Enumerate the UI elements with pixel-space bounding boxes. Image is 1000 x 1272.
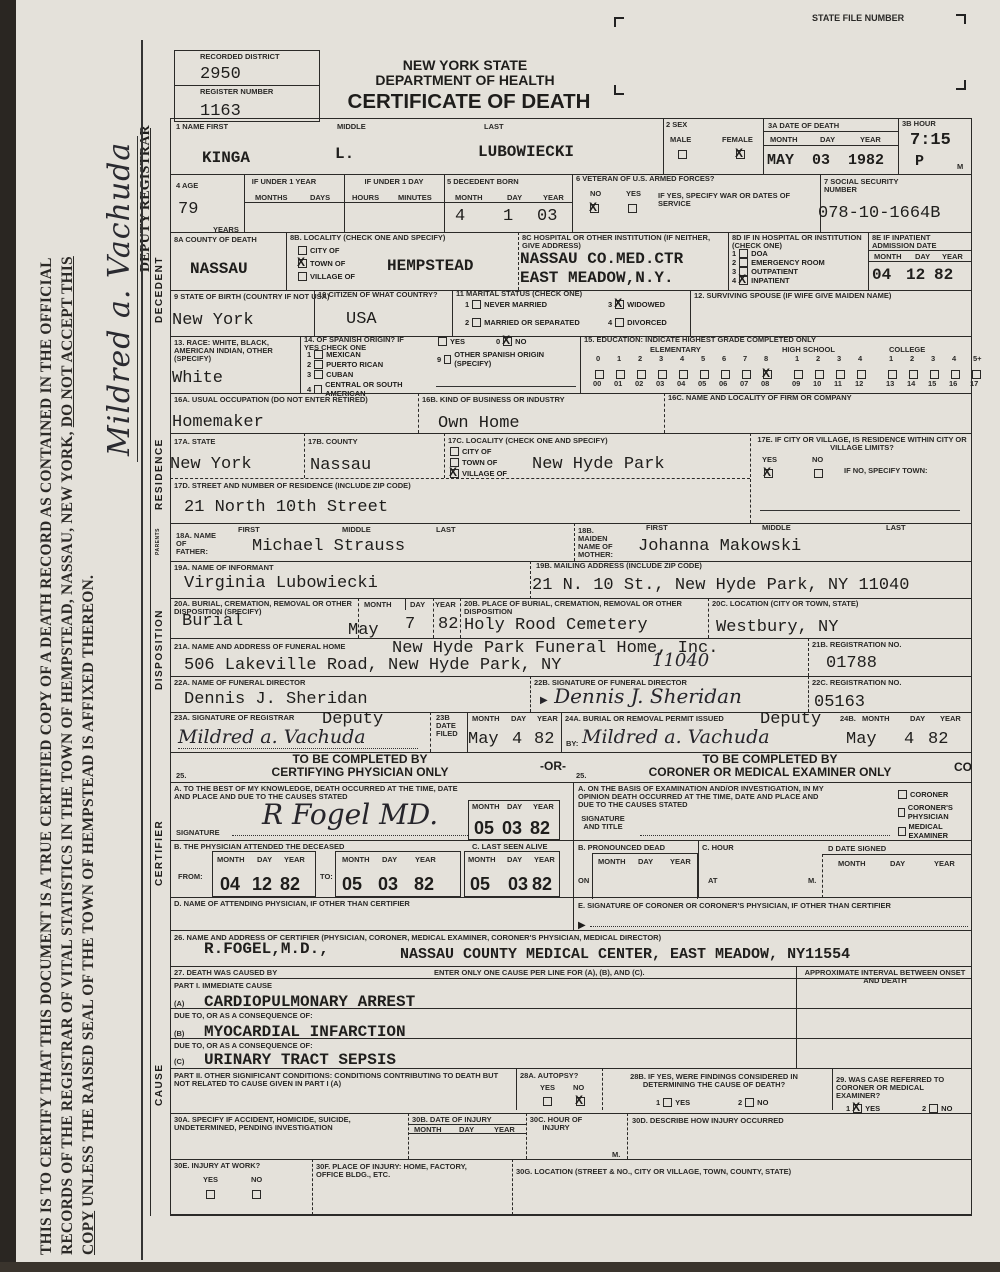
education-code: 00 — [593, 380, 601, 388]
funeral-home-label: 21A. NAME AND ADDRESS OF FUNERAL HOME — [174, 643, 345, 651]
director-label: 22A. NAME OF FUNERAL DIRECTOR — [174, 679, 305, 687]
locality-town-option[interactable]: TOWN OF — [298, 259, 345, 268]
locality-label: 8B. LOCALITY (CHECK ONE AND SPECIFY) — [290, 234, 445, 242]
decedent-last-name: LUBOWIECKI — [478, 143, 574, 161]
at-work-label: 30E. INJURY AT WORK? — [174, 1162, 260, 1170]
deputy-registrar-signature: Mildred a. Vachuda — [102, 136, 138, 462]
ds-year-label: YEAR — [934, 860, 955, 868]
education-label: 15. EDUCATION: INDICATE HIGHEST GRADE CO… — [584, 336, 816, 344]
row-rule — [170, 1008, 972, 1009]
injury-date-label: 30B. DATE OF INJURY — [412, 1116, 492, 1124]
permit-signature: Mildred a. Vachuda — [582, 726, 770, 748]
residence-state: New York — [170, 455, 252, 474]
at-work-no-label: NO — [251, 1176, 262, 1184]
attending-physician-label: D. NAME OF ATTENDING PHYSICIAN, IF OTHER… — [174, 900, 410, 908]
specify-town-line — [760, 510, 960, 511]
education-grade-label: 5+ — [973, 355, 982, 363]
section-disposition: DISPOSITION — [154, 609, 165, 690]
ds-day-label: DAY — [890, 860, 905, 868]
pron-month-label: MONTH — [598, 858, 626, 866]
residence-street: 21 North 10th Street — [184, 498, 388, 517]
at-work-yes-checkbox[interactable] — [206, 1186, 215, 1204]
seen-month-label: MONTH — [468, 856, 496, 864]
birth-state: New York — [172, 311, 254, 330]
rule — [708, 598, 709, 638]
college-label: COLLEGE — [889, 346, 925, 354]
form-left-rule — [170, 118, 171, 1216]
business-label: 16B. KIND OF BUSINESS OR INDUSTRY — [422, 396, 565, 404]
rule — [433, 598, 434, 638]
education-grade-label: 0 — [596, 355, 600, 363]
from-year: 82 — [280, 874, 300, 895]
from-label: FROM: — [178, 873, 203, 881]
rule — [408, 1113, 409, 1159]
hospital-line-2: EAST MEADOW,N.Y. — [520, 269, 674, 287]
signature-label: SIGNATURE — [176, 829, 220, 837]
education-code: 16 — [949, 380, 957, 388]
disposition-method: Burial — [182, 612, 243, 631]
cause-instruction: ENTER ONLY ONE CAUSE PER LINE FOR (A), (… — [434, 969, 645, 977]
findings-no-option[interactable]: 2NO — [738, 1098, 768, 1107]
at-work-no-checkbox[interactable] — [252, 1186, 261, 1204]
education-code: 10 — [813, 380, 821, 388]
permit-year: 82 — [928, 730, 948, 749]
to-month-label: MONTH — [342, 856, 370, 864]
section-residence: RESIDENCE — [154, 438, 165, 510]
row-rule — [170, 1113, 972, 1114]
informant-label: 19A. NAME OF INFORMANT — [174, 564, 274, 572]
education-grade-label: 1 — [889, 355, 893, 363]
filed-month: May — [468, 730, 499, 749]
m-label: M. — [808, 877, 816, 885]
filed-month-label: MONTH — [472, 715, 500, 723]
row-rule — [170, 930, 972, 931]
veteran-specify-label: IF YES, SPECIFY WAR OR DATES OF SERVICE — [658, 192, 808, 208]
referred-yes-option[interactable]: 1YES — [846, 1104, 880, 1113]
divider — [174, 85, 320, 86]
physician-signature: R Fogel MD. — [262, 798, 438, 831]
rule — [750, 433, 751, 523]
section-cause: CAUSE — [154, 1063, 165, 1106]
days-label: DAYS — [310, 194, 330, 202]
seen-day-label: DAY — [507, 856, 522, 864]
residence-state-label: 17A. STATE — [174, 438, 215, 446]
date-signed-label: D DATE SIGNED — [828, 845, 886, 853]
disposition-place: Holy Rood Cemetery — [464, 616, 648, 635]
education-code: 17 — [970, 380, 978, 388]
director-name: Dennis J. Sheridan — [184, 690, 368, 709]
county-of-death-label: 8A COUNTY OF DEATH — [174, 236, 257, 244]
rule — [518, 232, 519, 290]
rule — [526, 1113, 527, 1159]
veteran-yes-checkbox[interactable] — [628, 200, 637, 218]
disp-month-label: MONTH — [364, 601, 392, 609]
row-rule — [170, 1068, 972, 1069]
citizen-label: 10 CITIZEN OF WHAT COUNTRY? — [318, 291, 438, 299]
spanish-pr-option[interactable]: 2PUERTO RICAN — [307, 360, 383, 369]
permit-label: 24A. BURIAL OR REMOVAL PERMIT ISSUED — [565, 715, 724, 723]
injury-place-label: 30F. PLACE OF INJURY: HOME, FACTORY, OFF… — [316, 1163, 486, 1179]
father-middle-label: MIDDLE — [342, 526, 371, 534]
seen-year-label: YEAR — [534, 856, 555, 864]
director-signature: ▶ Dennis J. Sheridan — [540, 684, 742, 708]
signed-month: 05 — [474, 818, 494, 839]
signed-year: 82 — [530, 818, 550, 839]
referred-label: 29. WAS CASE REFERRED TO CORONER OR MEDI… — [836, 1076, 966, 1100]
from-month-label: MONTH — [217, 856, 245, 864]
row-rule — [170, 1159, 972, 1160]
disposition-location: Westbury, NY — [716, 618, 838, 637]
age-label: 4 AGE — [176, 182, 198, 190]
cause-label: 27. DEATH WAS CAUSED BY — [174, 969, 277, 977]
disposition-year: 82 — [438, 615, 458, 634]
or-label: -OR- — [540, 759, 566, 773]
education-code: 06 — [719, 380, 727, 388]
admission-month-label: MONTH — [874, 253, 902, 261]
rule — [561, 712, 562, 752]
autopsy-yes-checkbox[interactable] — [543, 1093, 552, 1111]
rule — [444, 433, 445, 478]
ssn-value: 078-10-1664B — [818, 204, 940, 223]
spanish-mexican-option[interactable]: 1MEXICAN — [307, 350, 361, 359]
rule — [763, 131, 898, 132]
education-code: 05 — [698, 380, 706, 388]
veteran-no-label: NO — [590, 190, 601, 198]
coroner-option[interactable]: CORONER — [898, 790, 948, 799]
section-parents: PARENTS — [155, 528, 161, 555]
rule — [314, 290, 315, 336]
pron-year-label: YEAR — [670, 858, 691, 866]
spouse-label: 12. SURVIVING SPOUSE (IF WIFE GIVE MAIDE… — [694, 292, 891, 300]
mother-middle-label: MIDDLE — [762, 524, 791, 532]
education-grade-label: 4 — [952, 355, 956, 363]
row-rule — [170, 897, 972, 898]
disposition-location-label: 20C. LOCATION (CITY OR TOWN, STATE) — [712, 600, 858, 608]
attended-label: B. THE PHYSICIAN ATTENDED THE DECEASED — [174, 843, 344, 851]
street-label: 17D. STREET AND NUMBER OF RESIDENCE (INC… — [174, 482, 411, 490]
hour-m-label: M — [957, 163, 963, 171]
signed-year-label: YEAR — [533, 803, 554, 811]
certification-strip: THIS IS TO CERTIFY THAT THIS DOCUMENT IS… — [18, 0, 140, 1262]
limits-no-label: NO — [812, 456, 823, 464]
education-code: 07 — [740, 380, 748, 388]
rule — [530, 676, 531, 712]
rule — [170, 478, 750, 479]
autopsy-no-checkbox[interactable] — [576, 1093, 585, 1111]
marital-married-option[interactable]: 2MARRIED OR SEPARATED — [465, 318, 580, 327]
seen-month: 05 — [470, 874, 490, 895]
physician-header-line-2: CERTIFYING PHYSICIAN ONLY — [240, 766, 480, 779]
education-code: 12 — [855, 380, 863, 388]
rule — [808, 676, 809, 712]
row-rule — [170, 840, 972, 841]
rule — [728, 232, 729, 290]
rule — [572, 174, 573, 232]
year-label: YEAR — [860, 136, 881, 144]
female-checkbox[interactable] — [736, 146, 745, 164]
education-code: 02 — [635, 380, 643, 388]
permit-date-label: 24B. — [840, 715, 856, 723]
coroner-header-line-2: CORONER OR MEDICAL EXAMINER ONLY — [620, 766, 920, 779]
hour-c-label: C. HOUR — [702, 844, 734, 852]
spanish-other-line — [436, 386, 576, 387]
rule — [574, 523, 575, 561]
rule — [418, 393, 419, 433]
hour-label: 3B HOUR — [902, 120, 936, 128]
occupation-value: Homemaker — [172, 413, 264, 432]
to-month: 05 — [342, 874, 362, 895]
file-corner-mark — [956, 14, 966, 24]
filed-year-label: YEAR — [537, 715, 558, 723]
education-code: 11 — [834, 380, 842, 388]
to-year: 82 — [414, 874, 434, 895]
marital-never-option[interactable]: 1NEVER MARRIED — [465, 300, 547, 309]
born-day: 1 — [503, 207, 513, 226]
referred-no-option[interactable]: 2NO — [922, 1104, 952, 1113]
at-label: AT — [708, 877, 717, 885]
certification-line-1: THIS IS TO CERTIFY THAT THIS DOCUMENT IS… — [38, 257, 56, 1255]
agency-name: NEW YORK STATE DEPARTMENT OF HEALTH — [330, 58, 600, 88]
death-day: 03 — [812, 152, 830, 169]
business-value: Own Home — [438, 414, 520, 433]
to-day: 03 — [378, 874, 398, 895]
signed-day-label: DAY — [507, 803, 522, 811]
permit-month-label: MONTH — [862, 715, 890, 723]
reg1-value: 01788 — [826, 654, 877, 673]
born-month: 4 — [455, 207, 465, 226]
rule — [808, 638, 809, 676]
inst-inpatient-option[interactable]: 4INPATIENT — [732, 276, 790, 285]
veteran-yes-label: YES — [626, 190, 641, 198]
death-hour-ampm: P — [915, 153, 924, 170]
locality-village-option[interactable]: VILLAGE OF — [298, 272, 355, 281]
veteran-no-checkbox[interactable] — [590, 200, 599, 218]
marital-divorced-option[interactable]: 4DIVORCED — [608, 318, 667, 327]
inst-er-option[interactable]: 2EMERGENCY ROOM — [732, 258, 825, 267]
row-rule — [170, 1214, 972, 1215]
state-file-number-label: STATE FILE NUMBER — [812, 14, 904, 22]
residence-town-option[interactable]: TOWN OF — [450, 458, 497, 467]
medical-examiner-option[interactable]: MEDICAL EXAMINER — [898, 822, 968, 840]
injury-how-label: 30D. DESCRIBE HOW INJURY OCCURRED — [632, 1117, 784, 1125]
education-grade-label: 6 — [722, 355, 726, 363]
education-code: 01 — [614, 380, 622, 388]
middle-label: MIDDLE — [337, 123, 366, 131]
row-rule — [170, 523, 972, 524]
education-grade-label: 4 — [858, 355, 862, 363]
education-code: 04 — [677, 380, 685, 388]
education-grade-label: 3 — [931, 355, 935, 363]
rule — [868, 261, 972, 262]
residence-city-option[interactable]: CITY OF — [450, 447, 491, 456]
injury-day-label: DAY — [459, 1126, 474, 1134]
rule — [627, 1113, 628, 1159]
elementary-label: ELEMENTARY — [650, 346, 701, 354]
education-grade-label: 2 — [910, 355, 914, 363]
male-label: MALE — [670, 136, 691, 144]
row-rule — [170, 174, 972, 175]
name-label: 1 NAME FIRST — [176, 123, 228, 131]
under-1-day-label: IF UNDER 1 DAY — [344, 178, 444, 186]
sex-label: 2 SEX — [666, 121, 687, 129]
seen-year: 82 — [532, 874, 552, 895]
agency-line-1: NEW YORK STATE — [330, 58, 600, 73]
race-value: White — [172, 369, 223, 388]
spanish-other-option[interactable]: 9OTHER SPANISH ORIGIN (SPECIFY) — [437, 350, 547, 368]
institution-label: 8D IF IN HOSPITAL OR INSTITUTION (CHECK … — [732, 234, 867, 250]
death-year: 1982 — [848, 152, 884, 169]
row-rule — [170, 393, 972, 394]
rule — [664, 393, 665, 433]
rule — [580, 336, 581, 393]
father-first-label: FIRST — [238, 526, 260, 534]
hospital-line-1: NASSAU CO.MED.CTR — [520, 250, 683, 268]
rule — [530, 561, 531, 599]
rule — [663, 118, 664, 174]
limits-no-checkbox[interactable] — [814, 465, 823, 483]
findings-label: 28B. IF YES, WERE FINDINGS CONSIDERED IN… — [606, 1073, 822, 1089]
reg2-label: 22C. REGISTRATION NO. — [812, 679, 901, 687]
residence-locality: New Hyde Park — [532, 455, 665, 474]
coroner-header: TO BE COMPLETED BY CORONER OR MEDICAL EX… — [620, 753, 920, 779]
row-rule — [170, 118, 972, 119]
mother-first-label: FIRST — [646, 524, 668, 532]
funeral-home-zip: 11040 — [652, 650, 709, 671]
ssn-label: 7 SOCIAL SECURITY NUMBER — [824, 178, 904, 194]
due-label-1: DUE TO, OR AS A CONSEQUENCE OF: — [174, 1012, 313, 1020]
row-rule — [170, 1038, 972, 1039]
autopsy-yes-label: YES — [540, 1084, 555, 1092]
age-value: 79 — [178, 200, 198, 219]
to-year-label: YEAR — [415, 856, 436, 864]
inst-doa-option[interactable]: 1DOA — [732, 249, 768, 258]
rule — [516, 1068, 517, 1110]
spanish-no-option[interactable]: 0NO — [496, 337, 526, 346]
rule — [763, 145, 898, 146]
informant-address: 21 N. 10 St., New Hyde Park, NY 11040 — [532, 576, 909, 595]
limits-yes-checkbox[interactable] — [764, 465, 773, 483]
month-label: MONTH — [770, 136, 798, 144]
injury-hour-label: 30C. HOUR OF INJURY — [528, 1116, 584, 1132]
ds-month-label: MONTH — [838, 860, 866, 868]
citizen-value: USA — [346, 310, 377, 329]
injury-location-label: 30G. LOCATION (STREET & NO., CITY OR VIL… — [516, 1168, 791, 1176]
education-grade-label: 1 — [617, 355, 621, 363]
funeral-home-line-2: 506 Lakeville Road, New Hyde Park, NY — [184, 656, 561, 675]
row-rule — [170, 782, 972, 783]
autopsy-label: 28A. AUTOPSY? — [520, 1072, 578, 1080]
permit-month: May — [846, 730, 877, 749]
date-filed-label: 23B DATE FILED — [436, 714, 466, 738]
physician-header: TO BE COMPLETED BY CERTIFYING PHYSICIAN … — [240, 753, 480, 779]
agency-line-2: DEPARTMENT OF HEALTH — [330, 73, 600, 88]
mother-label: 18B. MAIDEN NAME OF MOTHER: — [578, 527, 622, 559]
decedent-middle-name: L. — [335, 145, 354, 163]
education-grade-label: 4 — [680, 355, 684, 363]
admission-year-label: YEAR — [942, 253, 963, 261]
last-seen-label: C. LAST SEEN ALIVE — [472, 843, 548, 851]
born-year-label: YEAR — [543, 194, 564, 202]
row-rule — [170, 978, 972, 979]
cause-a-marker: (A) — [174, 1000, 184, 1008]
filed-day-label: DAY — [511, 715, 526, 723]
from-month: 04 — [220, 874, 240, 895]
informant-address-label: 19B. MAILING ADDRESS (INCLUDE ZIP CODE) — [536, 562, 702, 570]
from-day: 12 — [252, 874, 272, 895]
education-code: 09 — [792, 380, 800, 388]
education-code: 15 — [928, 380, 936, 388]
locality-city-option[interactable]: CITY OF — [298, 246, 339, 255]
birth-state-label: 9 STATE OF BIRTH (COUNTRY IF NOT USA) — [174, 293, 330, 301]
rule — [763, 118, 764, 174]
findings-yes-option[interactable]: 1YES — [656, 1098, 690, 1107]
rule — [698, 840, 699, 898]
spanish-cuban-option[interactable]: 3CUBAN — [307, 370, 353, 379]
rule — [452, 290, 453, 336]
injury-year-label: YEAR — [494, 1126, 515, 1134]
limits-yes-label: YES — [762, 456, 777, 464]
decedent-first-name: KINGA — [202, 149, 250, 167]
residence-village-option[interactable]: VILLAGE OF — [450, 469, 507, 478]
rule — [573, 782, 574, 930]
spanish-yes-option[interactable]: YES — [438, 337, 465, 346]
marital-label: 11 MARITAL STATUS (CHECK ONE) — [456, 290, 582, 298]
page-bottom-edge — [0, 1262, 1000, 1272]
section-certifier: CERTIFIER — [154, 820, 165, 886]
education-grid: 0001012023034045056067078081092103114121… — [595, 355, 965, 391]
cause-c: URINARY TRACT SEPSIS — [204, 1051, 396, 1069]
marital-widowed-option[interactable]: 3WIDOWED — [608, 300, 665, 309]
reg1-label: 21B. REGISTRATION NO. — [812, 641, 901, 649]
file-corner-mark — [956, 80, 966, 90]
rule — [312, 1159, 313, 1215]
rule — [796, 966, 797, 1068]
rule — [898, 118, 899, 174]
certifier-address: NASSAU COUNTY MEDICAL CENTER, EAST MEADO… — [400, 946, 850, 963]
to-label: TO: — [320, 873, 333, 881]
death-hour: 7:15 — [910, 131, 951, 150]
born-label: 5 DECEDENT BORN — [447, 178, 519, 186]
cause-c-marker: (C) — [174, 1058, 184, 1066]
seen-day: 03 — [508, 874, 528, 895]
rule — [304, 433, 305, 478]
reg2-value: 05163 — [814, 693, 865, 712]
male-checkbox[interactable] — [678, 146, 687, 164]
disposition-day: 7 — [405, 615, 415, 634]
signed-month-label: MONTH — [472, 803, 500, 811]
rule — [820, 174, 821, 232]
education-grade-label: 3 — [837, 355, 841, 363]
row-rule — [170, 966, 972, 967]
rule — [430, 712, 431, 752]
education-grade-label: 1 — [795, 355, 799, 363]
signature-line — [178, 748, 418, 749]
row-rule — [170, 336, 972, 337]
register-number-label: REGISTER NUMBER — [200, 88, 273, 96]
education-grade-label: 2 — [816, 355, 820, 363]
signature-line — [640, 835, 890, 836]
rule — [512, 1159, 513, 1215]
last-label: LAST — [484, 123, 504, 131]
filed-day: 4 — [512, 730, 522, 749]
rule — [602, 1068, 603, 1110]
certification-line-3: COPY UNLESS THE RAISED SEAL OF THE TOWN … — [80, 575, 98, 1255]
education-code: 14 — [907, 380, 915, 388]
coroners-physician-option[interactable]: CORONER'S PHYSICIAN — [898, 803, 968, 821]
minutes-label: MINUTES — [398, 194, 432, 202]
rule — [460, 598, 461, 638]
to-day-label: DAY — [382, 856, 397, 864]
